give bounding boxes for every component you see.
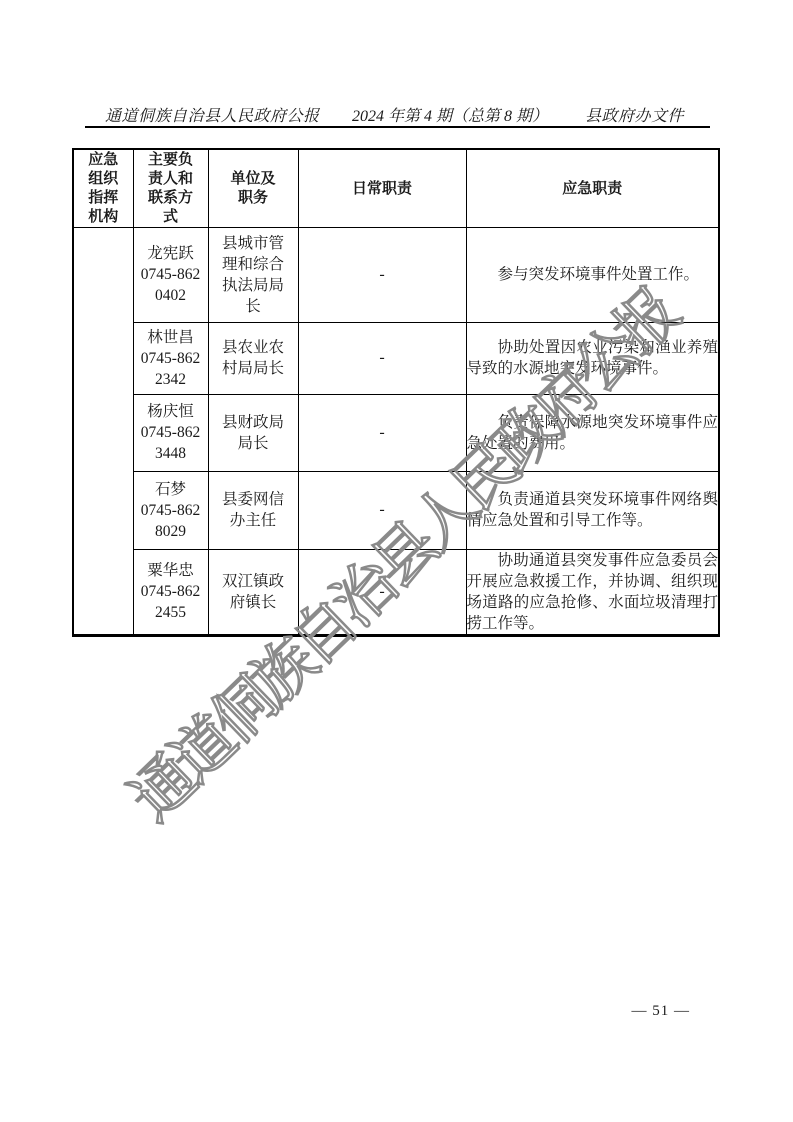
unit-cell: 双江镇政 府镇长 [208,549,298,635]
daily-cell: - [298,471,466,549]
table-row: 龙宪跃 0745-862 0402 县城市管 理和综合 执法局局 长 - 参与突… [73,227,719,322]
unit-cell: 县委网信 办主任 [208,471,298,549]
unit-cell: 县农业农 村局局长 [208,322,298,394]
unit-cell: 县财政局 局长 [208,394,298,471]
issue-info: 2024 年第 4 期（总第 8 期） [352,103,548,126]
emergency-text: 协助通道县突发事件应急委员会开展应急救援工作，并协调、组织现场道路的应急抢修、水… [467,550,719,634]
emergency-cell: 负责保障水源地突发环境事件应急处置的费用。 [466,394,719,471]
daily-cell: - [298,322,466,394]
contact-cell: 龙宪跃 0745-862 0402 [133,227,208,322]
section-label: 县政府办文件 [585,103,684,126]
table-row: 林世昌 0745-862 2342 县农业农 村局局长 - 协助处置因农业污染和… [73,322,719,394]
emergency-cell: 负责通道县突发环境事件网络舆情应急处置和引导工作等。 [466,471,719,549]
emergency-cell: 协助处置因农业污染和渔业养殖导致的水源地突发环境事件。 [466,322,719,394]
emergency-cell: 协助通道县突发事件应急委员会开展应急救援工作，并协调、组织现场道路的应急抢修、水… [466,549,719,635]
table-row: 粟华忠 0745-862 2455 双江镇政 府镇长 - 协助通道县突发事件应急… [73,549,719,635]
table-row: 杨庆恒 0745-862 3448 县财政局 局长 - 负责保障水源地突发环境事… [73,394,719,471]
gazette-page: 通道侗族自治县人民政府公报 2024 年第 4 期（总第 8 期） 县政府办文件… [0,0,793,1122]
unit-cell: 县城市管 理和综合 执法局局 长 [208,227,298,322]
emergency-cell: 参与突发环境事件处置工作。 [466,227,719,322]
emergency-text: 负责通道县突发环境事件网络舆情应急处置和引导工作等。 [467,489,719,531]
col-header-daily: 日常职责 [298,149,466,227]
contact-cell: 林世昌 0745-862 2342 [133,322,208,394]
col-header-org: 应急 组织 指挥 机构 [73,149,133,227]
emergency-text: 参与突发环境事件处置工作。 [467,264,719,285]
col-header-contact: 主要负 责人和 联系方 式 [133,149,208,227]
contact-cell: 粟华忠 0745-862 2455 [133,549,208,635]
daily-cell: - [298,227,466,322]
gazette-title: 通道侗族自治县人民政府公报 [105,103,320,126]
emergency-duty-table: 应急 组织 指挥 机构 主要负 责人和 联系方 式 单位及 职务 日常职责 应急… [72,148,720,637]
contact-cell: 石梦 0745-862 8029 [133,471,208,549]
emergency-text: 协助处置因农业污染和渔业养殖导致的水源地突发环境事件。 [467,337,719,379]
col-header-unit: 单位及 职务 [208,149,298,227]
emergency-text: 负责保障水源地突发环境事件应急处置的费用。 [467,412,719,454]
col-header-emergency: 应急职责 [466,149,719,227]
table-row: 石梦 0745-862 8029 县委网信 办主任 - 负责通道县突发环境事件网… [73,471,719,549]
daily-cell: - [298,394,466,471]
header-rule [85,126,710,128]
daily-cell: - [298,549,466,635]
running-header: 通道侗族自治县人民政府公报 2024 年第 4 期（总第 8 期） 县政府办文件 [0,103,793,127]
table-header-row: 应急 组织 指挥 机构 主要负 责人和 联系方 式 单位及 职务 日常职责 应急… [73,149,719,227]
page-number: — 51 — [540,1003,690,1020]
org-merged-cell [73,227,133,635]
contact-cell: 杨庆恒 0745-862 3448 [133,394,208,471]
